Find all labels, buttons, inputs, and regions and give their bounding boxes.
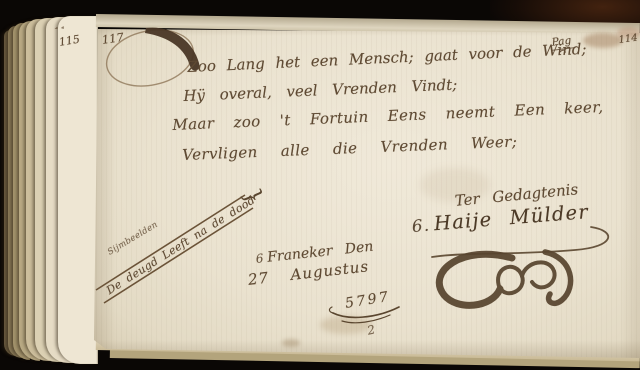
paper-stain bbox=[282, 339, 300, 347]
page-number-right: 114 bbox=[618, 33, 638, 46]
under-page-115 bbox=[58, 16, 98, 364]
signature-ornament: 6. bbox=[411, 215, 435, 236]
partial-page-number: 11 bbox=[53, 26, 67, 29]
place-ornament: 6 bbox=[255, 251, 268, 266]
paper-stain bbox=[320, 316, 372, 334]
partial-page-number-wrap: 11 bbox=[53, 20, 79, 29]
